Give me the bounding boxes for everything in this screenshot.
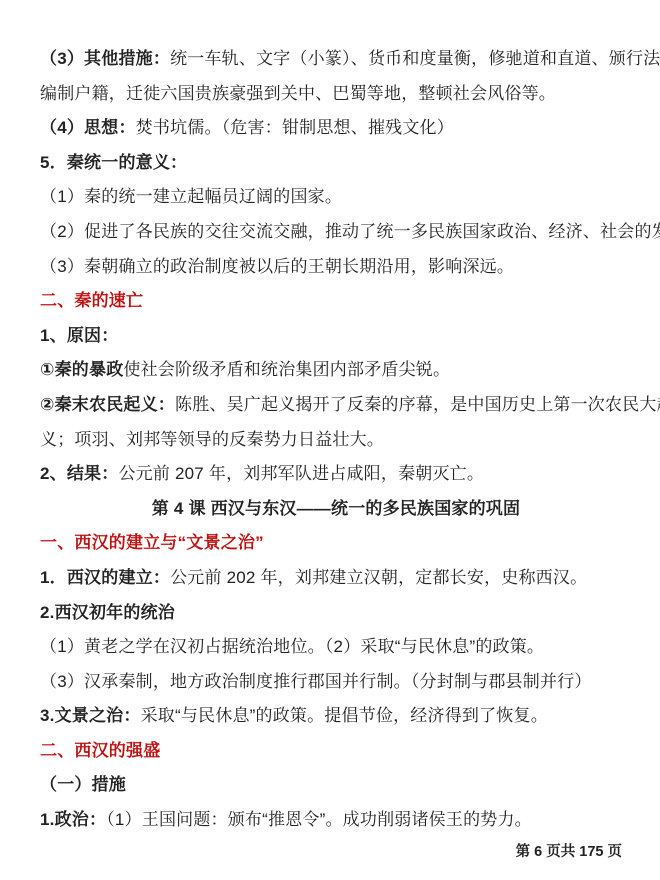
text-segment: 3.文景之治： bbox=[40, 706, 141, 725]
text-line: 2.西汉初年的统治 bbox=[40, 596, 632, 631]
text-segment: 2、结果： bbox=[40, 464, 118, 483]
text-segment: （2）促进了各民族的交往交流交融，推动了统一多民族国家政治、经济、社会的发展。 bbox=[40, 222, 660, 241]
heading-center: 第 4 课 西汉与东汉——统一的多民族国家的巩固 bbox=[40, 492, 632, 527]
text-line: （一）措施 bbox=[40, 768, 632, 803]
text-line: 1．西汉的建立：公元前 202 年，刘邦建立汉朝，定都长安，史称西汉。 bbox=[40, 561, 632, 596]
text-segment: 5．秦统一的意义： bbox=[40, 153, 187, 172]
text-segment: ①秦的暴政 bbox=[40, 360, 123, 379]
text-segment: 2.西汉初年的统治 bbox=[40, 603, 175, 622]
heading-red: 二、西汉的强盛 bbox=[40, 734, 632, 769]
text-segment: 公元前 207 年，刘邦军队进占咸阳，秦朝灭亡。 bbox=[118, 464, 484, 483]
text-segment: ②秦末农民起义： bbox=[40, 395, 175, 414]
text-line: （4）思想：焚书坑儒。（危害：钳制思想、摧残文化） bbox=[40, 111, 632, 146]
text-segment: 义；项羽、刘邦等领导的反秦势力日益壮大。 bbox=[40, 430, 384, 449]
text-segment: 公元前 202 年，刘邦建立汉朝，定都长安，史称西汉。 bbox=[170, 568, 587, 587]
text-line: （3）其他措施：统一车轨、文字（小篆）、货币和度量衡，修驰道和直道、颁行法律， bbox=[40, 42, 632, 77]
text-segment: 焚书坑儒。（危害：钳制思想、摧残文化） bbox=[136, 118, 454, 137]
text-line: （2）促进了各民族的交往交流交融，推动了统一多民族国家政治、经济、社会的发展。 bbox=[40, 215, 632, 250]
text-segment: 采取“与民休息”的政策。提倡节俭，经济得到了恢复。 bbox=[141, 706, 548, 725]
text-line: 3.文景之治：采取“与民休息”的政策。提倡节俭，经济得到了恢复。 bbox=[40, 699, 632, 734]
text-line: ②秦末农民起义：陈胜、吴广起义揭开了反秦的序幕，是中国历史上第一次农民大起 bbox=[40, 388, 632, 423]
text-segment: 统一车轨、文字（小篆）、货币和度量衡，修驰道和直道、颁行法律， bbox=[170, 49, 660, 68]
text-segment: （3）汉承秦制，地方政治制度推行郡国并行制。（分封制与郡县制并行） bbox=[40, 672, 592, 691]
text-segment: 1、原因： bbox=[40, 326, 118, 345]
text-segment: （一）措施 bbox=[40, 775, 126, 794]
text-segment: 使社会阶级矛盾和统治集团内部矛盾尖锐。 bbox=[123, 360, 450, 379]
text-segment: （3）其他措施： bbox=[40, 49, 170, 68]
text-segment: 编制户籍，迁徙六国贵族豪强到关中、巴蜀等地，整顿社会风俗等。 bbox=[40, 84, 556, 103]
text-segment: 陈胜、吴广起义揭开了反秦的序幕，是中国历史上第一次农民大起 bbox=[175, 395, 660, 414]
text-segment: 二、西汉的强盛 bbox=[40, 741, 160, 760]
text-segment: 第 4 课 西汉与东汉——统一的多民族国家的巩固 bbox=[152, 499, 520, 518]
text-line: 义；项羽、刘邦等领导的反秦势力日益壮大。 bbox=[40, 423, 632, 458]
document-page: （3）其他措施：统一车轨、文字（小篆）、货币和度量衡，修驰道和直道、颁行法律，编… bbox=[0, 0, 660, 880]
text-line: （1）秦的统一建立起幅员辽阔的国家。 bbox=[40, 180, 632, 215]
text-line: （1）黄老之学在汉初占据统治地位。（2）采取“与民休息”的政策。 bbox=[40, 630, 632, 665]
text-line: （3）汉承秦制，地方政治制度推行郡国并行制。（分封制与郡县制并行） bbox=[40, 665, 632, 700]
text-segment: （1）王国问题：颁布“推恩令”。成功削弱诸侯王的势力。 bbox=[106, 810, 532, 829]
text-line: 1.政治：（1）王国问题：颁布“推恩令”。成功削弱诸侯王的势力。 bbox=[40, 803, 632, 838]
heading-red: 一、西汉的建立与“文景之治” bbox=[40, 526, 632, 561]
document-content: （3）其他措施：统一车轨、文字（小篆）、货币和度量衡，修驰道和直道、颁行法律，编… bbox=[40, 42, 632, 838]
text-segment: （1）秦的统一建立起幅员辽阔的国家。 bbox=[40, 187, 342, 206]
text-line: 编制户籍，迁徙六国贵族豪强到关中、巴蜀等地，整顿社会风俗等。 bbox=[40, 77, 632, 112]
text-segment: 二、秦的速亡 bbox=[40, 291, 143, 310]
text-segment: 一、西汉的建立与“文景之治” bbox=[40, 533, 264, 552]
text-line: 2、结果：公元前 207 年，刘邦军队进占咸阳，秦朝灭亡。 bbox=[40, 457, 632, 492]
page-number: 第 6 页共 175 页 bbox=[516, 844, 622, 860]
heading-red: 二、秦的速亡 bbox=[40, 284, 632, 319]
text-segment: （1）黄老之学在汉初占据统治地位。（2）采取“与民休息”的政策。 bbox=[40, 637, 544, 656]
page-footer: 第 6 页共 175 页 bbox=[516, 840, 622, 861]
text-line: ①秦的暴政使社会阶级矛盾和统治集团内部矛盾尖锐。 bbox=[40, 353, 632, 388]
text-segment: （3）秦朝确立的政治制度被以后的王朝长期沿用，影响深远。 bbox=[40, 257, 514, 276]
text-line: （3）秦朝确立的政治制度被以后的王朝长期沿用，影响深远。 bbox=[40, 250, 632, 285]
text-line: 1、原因： bbox=[40, 319, 632, 354]
text-segment: 1.政治： bbox=[40, 810, 106, 829]
text-segment: 1．西汉的建立： bbox=[40, 568, 170, 587]
text-line: 5．秦统一的意义： bbox=[40, 146, 632, 181]
text-segment: （4）思想： bbox=[40, 118, 136, 137]
